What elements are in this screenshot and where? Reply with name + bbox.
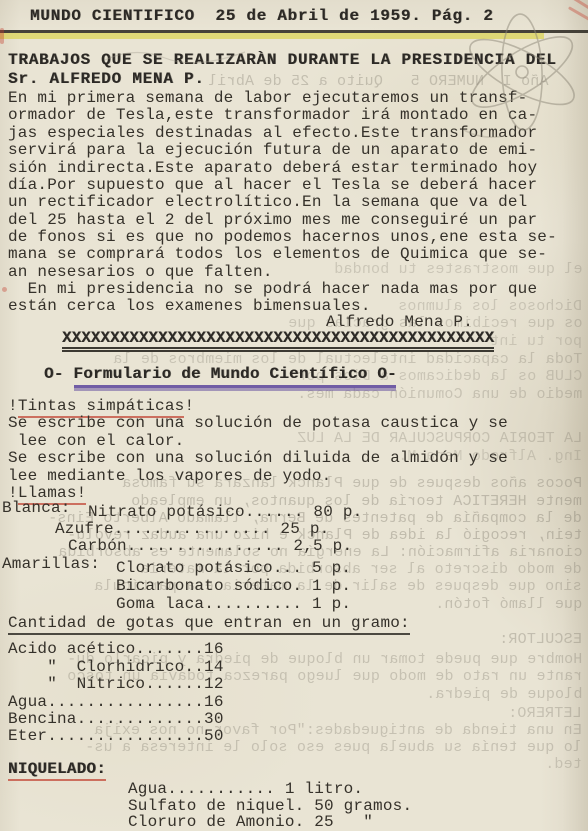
yellow-highlight — [0, 33, 544, 39]
body-line: un rectificador electrolítico.En la sema… — [8, 194, 527, 211]
blanca-item: Azufre................ 25 p. — [55, 521, 329, 538]
scanned-document-page: Año I NUMERO 5 Quito a 25 de Abril el qu… — [0, 0, 588, 831]
gotas-heading: Cantidad de gotas que entran en un gramo… — [8, 615, 410, 632]
gotas-item: Bencina.............30 — [8, 711, 224, 728]
body-line: servirá para la ejecución futura de un a… — [8, 142, 537, 159]
blanca-item: Carbón................ 2,5 p. — [68, 538, 352, 555]
section-title-formulario: O- Formulario de Mundo Científico O- — [44, 366, 397, 383]
niquelado-heading: NIQUELADO: — [8, 761, 106, 778]
gotas-item: Acido acético.......16 — [8, 641, 224, 658]
gotas-item: Agua................16 — [8, 694, 224, 711]
body-line: En mi primera semana de labor ejecutarem… — [8, 90, 527, 107]
gotas-item: Eter................50 — [8, 728, 224, 745]
blanca-label: Blanca: — [2, 500, 71, 517]
body-line: an nesesarios o que falten. — [8, 264, 273, 281]
section-title-underlined: Formulario de Mundo Científico O- — [73, 365, 396, 385]
masthead: MUNDO CIENTIFICO 25 de Abril de 1959. Pá… — [30, 8, 494, 25]
niquelado-title: NIQUELADO: — [8, 760, 106, 781]
niquelado-item: Cloruro de Amonio. 25 " — [128, 814, 373, 831]
body-line: están cerca los examenes bimensuales. — [8, 298, 371, 315]
tintas-line: Se escribe con una solución diluida de a… — [8, 450, 508, 467]
gotas-item: " Nítrico......12 — [8, 676, 224, 693]
x-divider: XXXXXXXXXXXXXXXXXXXXXXXXXXXXXXXXXXXXXXXX… — [62, 330, 494, 352]
tintas-line: lee con el calor. — [8, 433, 184, 450]
body-line: sión indirecta.Este aparato deberá estar… — [8, 160, 537, 177]
amarillas-item: Bicarbonato sódico. 1 p. — [116, 578, 351, 595]
body-line: día.Por supuesto que al hacer el Tesla s… — [8, 177, 537, 194]
section-title-prefix: O- — [44, 365, 73, 383]
gotas-heading-text: Cantidad de gotas que entran en un gramo… — [8, 614, 410, 635]
tintas-bang-open: ! — [8, 397, 18, 415]
body-line: ormador de Tesla,este transformador irá … — [8, 107, 537, 124]
article-title-line1: TRABAJOS QUE SE REALIZARÀN DURANTE LA PR… — [8, 52, 557, 69]
body-line: jas especiales destinadas al efecto.Este… — [8, 125, 537, 142]
body-line: mana se comprará todos los elementos de … — [8, 246, 547, 263]
amarillas-item: Clorato potásico... 5 p. — [116, 560, 351, 577]
niquelado-item: Agua........... 1 litro. — [128, 781, 363, 798]
tintas-line: Se escribe con una solución de potasa ca… — [8, 415, 508, 432]
amarillas-label: Amarillas: — [2, 556, 100, 573]
tintas-heading: !Tintas simpáticas! — [8, 398, 194, 415]
article-title-line2: Sr. ALFREDO MENA P. — [8, 71, 205, 88]
tintas-line: lee mediante los vapores de yodo. — [8, 468, 331, 485]
blanca-item: Nitrato potásico...... 80 p. — [88, 504, 362, 521]
amarillas-item: Goma laca.......... 1 p. — [116, 596, 351, 613]
body-line: del 25 hasta el 2 del próximo mes me con… — [8, 212, 537, 229]
tintas-bang-close: ! — [184, 397, 194, 415]
body-line: de fonos si es que no podemos hacernos u… — [8, 229, 557, 246]
body-line: En mi presidencia no se podrá hacer nada… — [8, 281, 537, 298]
gotas-item: " Clorhidrico..14 — [8, 659, 224, 676]
typed-text-layer: MUNDO CIENTIFICO 25 de Abril de 1959. Pá… — [0, 0, 588, 831]
